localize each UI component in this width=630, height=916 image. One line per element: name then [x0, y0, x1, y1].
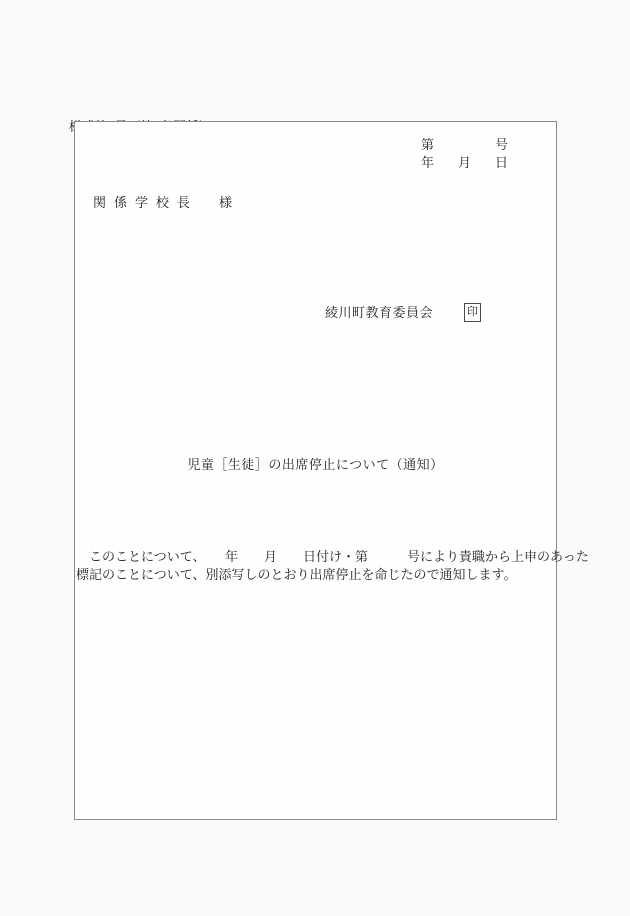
- date-month-label: 月: [458, 154, 471, 172]
- doc-date-row: 年 月 日: [421, 154, 508, 172]
- doc-number-suffix-label: 号: [495, 136, 508, 154]
- seal-placeholder: 印: [464, 303, 481, 322]
- issuer-name: 綾川町教育委員会: [325, 304, 433, 321]
- doc-number-row: 第 号: [421, 136, 508, 154]
- doc-number-date-block: 第 号 年 月 日: [421, 136, 508, 172]
- notice-document-box: 第 号 年 月 日 関係学校長 様 綾川町教育委員会 印 児童［生徒］の出席停止…: [74, 121, 557, 820]
- date-year-label: 年: [421, 154, 434, 172]
- body-line-2: 標記のことについて、別添写しのとおり出席停止を命じたので通知します。: [76, 566, 555, 584]
- subject-title: 児童［生徒］の出席停止について（通知）: [75, 454, 556, 473]
- date-day-label: 日: [495, 154, 508, 172]
- addressee-label: 関係学校長 様: [93, 195, 240, 211]
- issuer-row: 綾川町教育委員会 印: [325, 303, 481, 322]
- doc-number-prefix-label: 第: [421, 136, 434, 154]
- document-page: 様式第6号（第7条関係） 〔学校あて出席停止通告書〕 第 号 年 月 日 関係学…: [0, 0, 630, 916]
- body-line-1: このことについて、 年 月 日付け・第 号により貴職から上申のあった: [76, 548, 555, 566]
- body-text: このことについて、 年 月 日付け・第 号により貴職から上申のあった 標記のこと…: [76, 548, 555, 583]
